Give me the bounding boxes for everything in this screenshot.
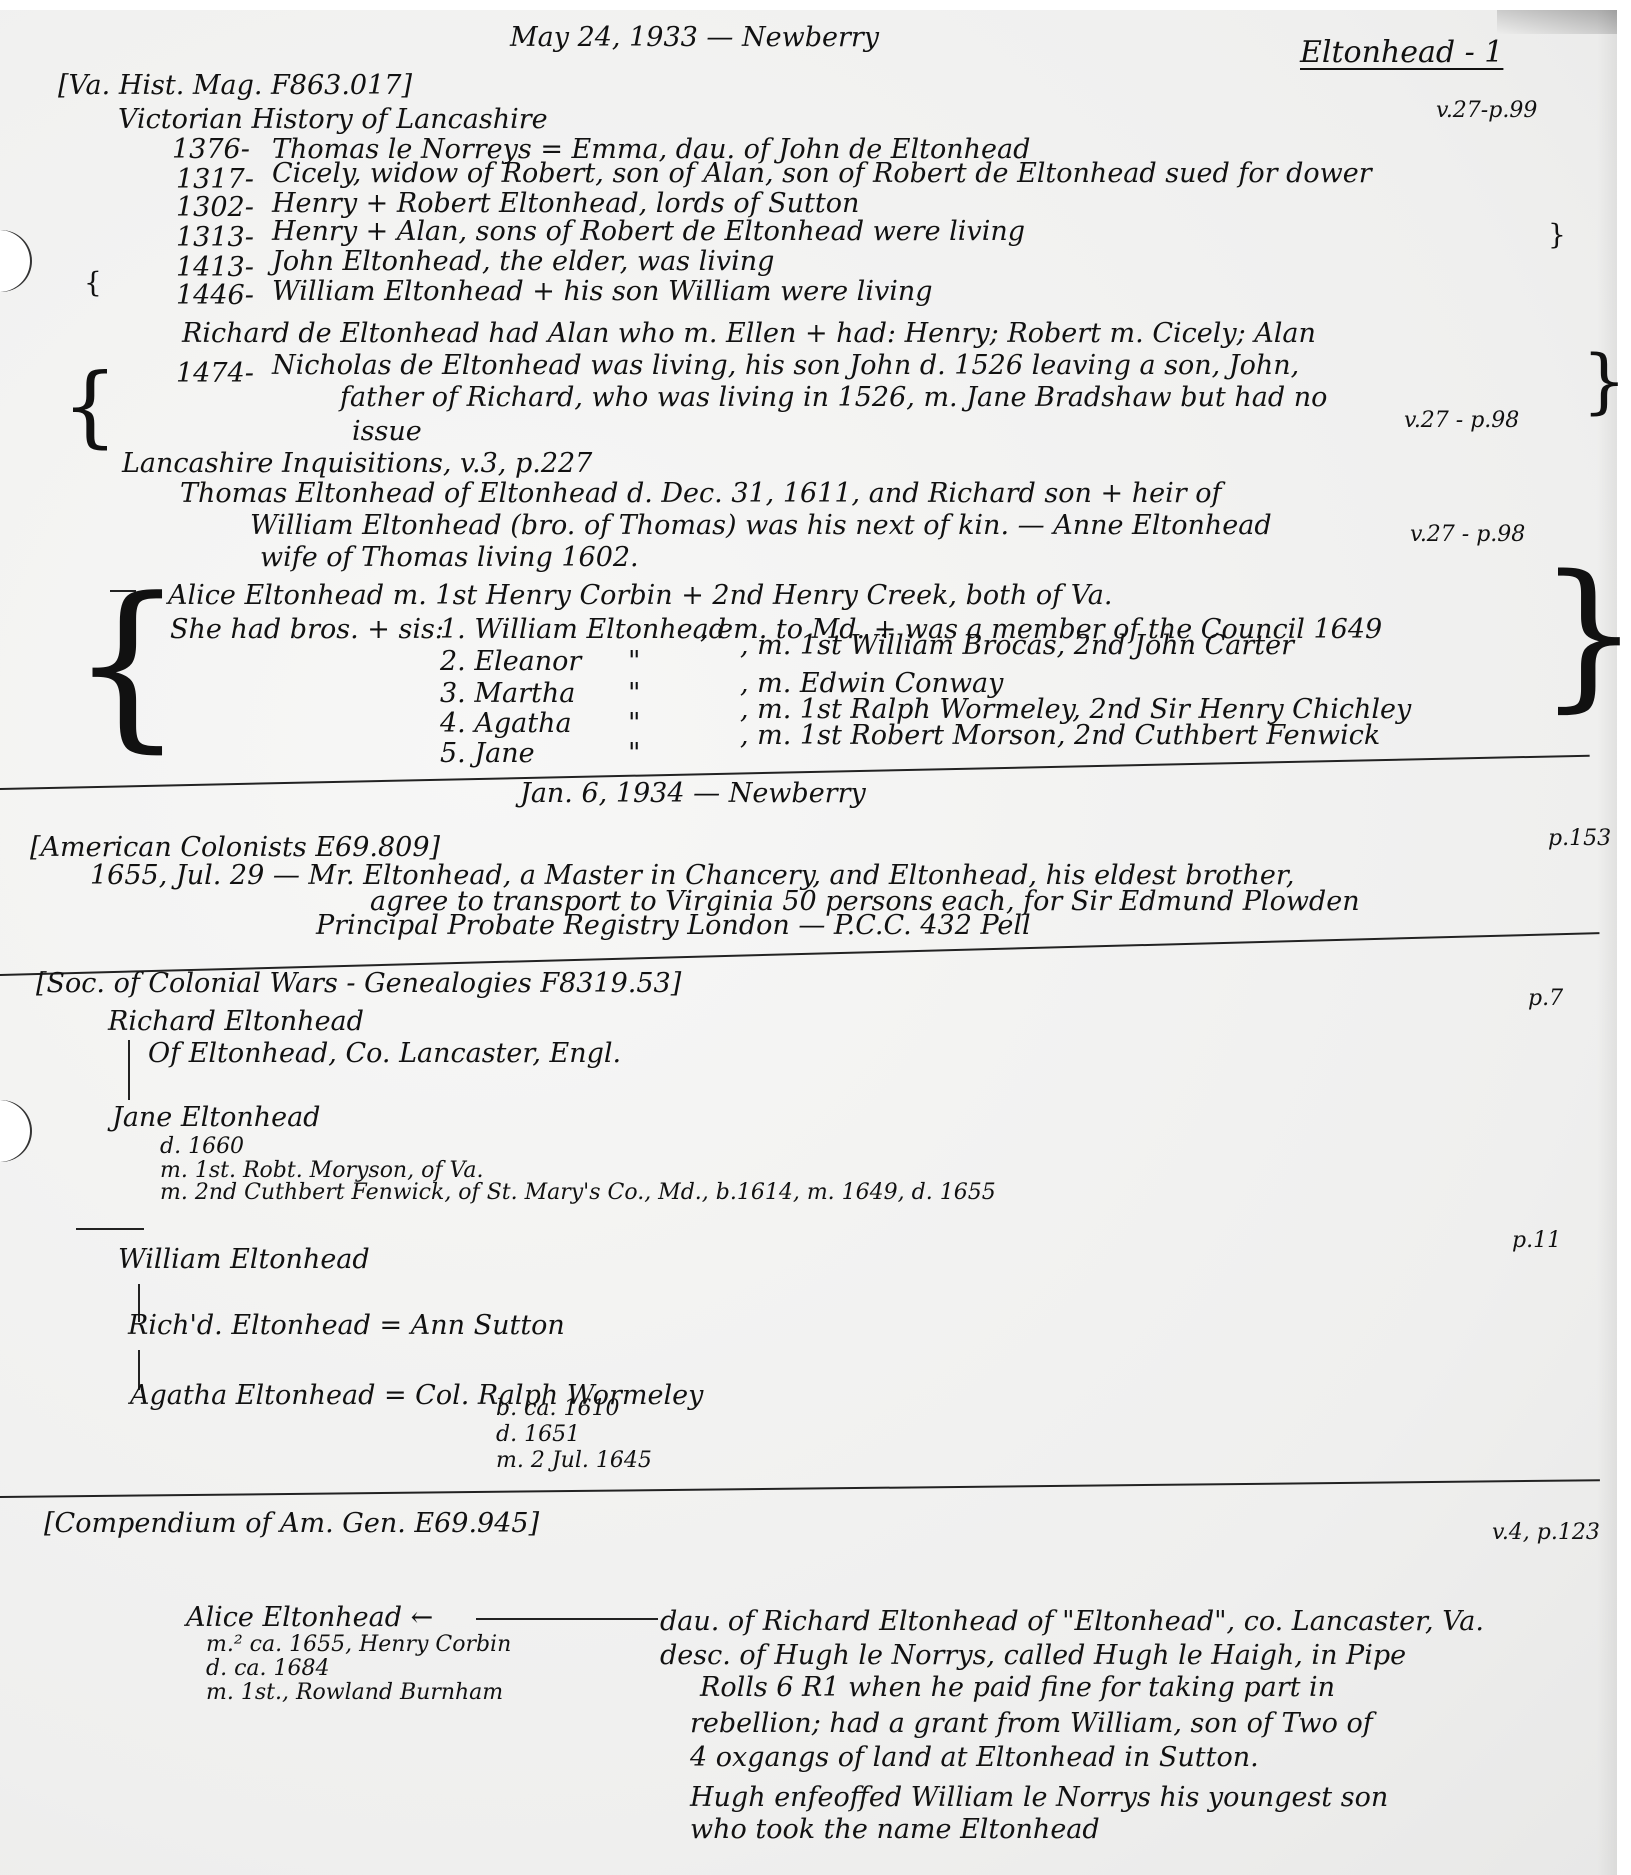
- description-line: Rolls 6 R1 when he paid fine for taking …: [700, 1674, 1335, 1701]
- entry-year: 1376-: [172, 136, 250, 163]
- brace-mark: }: [1582, 340, 1627, 422]
- nicholas-line-1: Nicholas de Eltonhead was living, his so…: [272, 352, 1299, 379]
- source-citation: [Soc. of Colonial Wars - Genealogies F83…: [36, 970, 681, 997]
- page-reference: p.11: [1512, 1230, 1561, 1252]
- nicholas-line-3: issue: [352, 418, 422, 445]
- entry-year: 1413-: [176, 254, 254, 281]
- description-line: Hugh enfeoffed William le Norrys his you…: [690, 1784, 1388, 1811]
- page-reference: p.7: [1528, 988, 1563, 1010]
- notebook-page: May 24, 1933 — Newberry Eltonhead - 1 [V…: [0, 10, 1617, 1875]
- brace-mark: {: [84, 266, 102, 299]
- richard-origin: Of Eltonhead, Co. Lancaster, Engl.: [148, 1040, 621, 1067]
- wormeley-detail: m. 2 Jul. 1645: [496, 1450, 652, 1472]
- page-title: Eltonhead - 1: [1300, 38, 1503, 68]
- source-citation: [American Colonists E69.809]: [30, 834, 440, 861]
- source-citation: [Va. Hist. Mag. F863.017]: [58, 72, 412, 99]
- punch-hole: [0, 230, 32, 292]
- richard-lineage: Richard de Eltonhead had Alan who m. Ell…: [182, 320, 1316, 347]
- dash-mark: [76, 1228, 144, 1230]
- alice-line-1: Alice Eltonhead m. 1st Henry Corbin + 2n…: [168, 582, 1112, 609]
- sibling-note: , m. 1st William Brocas, 2nd John Carter: [740, 632, 1294, 659]
- sibling-ditto: ": [628, 710, 640, 737]
- section-subtitle: Victorian History of Lancashire: [118, 106, 548, 133]
- sibling-name: 2. Eleanor: [440, 648, 581, 675]
- page-reference: p.153: [1548, 828, 1611, 850]
- description-line: 4 oxgangs of land at Eltonhead in Sutton…: [690, 1744, 1259, 1771]
- jane-detail: m. 2nd Cuthbert Fenwick, of St. Mary's C…: [160, 1182, 996, 1204]
- brace-mark: {: [62, 354, 118, 457]
- alice-detail: d. ca. 1684: [206, 1658, 329, 1680]
- alice-detail: m.² ca. 1655, Henry Corbin: [206, 1634, 511, 1656]
- nicholas-line-2: father of Richard, who was living in 152…: [340, 384, 1327, 411]
- entry-text: Henry + Alan, sons of Robert de Eltonhea…: [272, 218, 1025, 245]
- entry-year: 1313-: [176, 224, 254, 251]
- colonists-line-1: 1655, Jul. 29 — Mr. Eltonhead, a Master …: [90, 862, 1294, 889]
- richard-name: Richard Eltonhead: [108, 1008, 364, 1035]
- inquisitions-line-3: wife of Thomas living 1602.: [260, 544, 639, 571]
- jane-detail: m. 1st. Robt. Moryson, of Va.: [160, 1160, 483, 1182]
- page-reference: v.27-p.99: [1436, 100, 1537, 122]
- entry-year: 1302-: [176, 194, 254, 221]
- sibling-ditto: ": [628, 648, 640, 675]
- entry-text: Henry + Robert Eltonhead, lords of Sutto…: [272, 190, 859, 217]
- sibling-name: 4. Agatha: [440, 710, 572, 737]
- sibling-name: 5. Jane: [440, 740, 535, 767]
- sibling-note: , m. 1st Ralph Wormeley, 2nd Sir Henry C…: [740, 696, 1411, 723]
- richd-marriage: Rich'd. Eltonhead = Ann Sutton: [128, 1312, 565, 1339]
- siblings-label: She had bros. + sis:: [170, 616, 444, 643]
- colonists-line-3: Principal Probate Registry London — P.C.…: [316, 912, 1031, 939]
- sibling-ditto: ": [628, 740, 640, 767]
- jane-detail: d. 1660: [160, 1136, 244, 1158]
- sibling-name: 1. William Eltonhead: [440, 616, 726, 643]
- header-date: May 24, 1933 — Newberry: [510, 24, 879, 51]
- sibling-note: , m. Edwin Conway: [740, 670, 1003, 697]
- arrow-line: [476, 1618, 658, 1620]
- brace-mark: }: [1548, 218, 1566, 251]
- wormeley-detail: d. 1651: [496, 1424, 580, 1446]
- section-date: Jan. 6, 1934 — Newberry: [520, 780, 866, 807]
- alice-name: Alice Eltonhead ←: [186, 1604, 433, 1631]
- punch-hole: [0, 1100, 32, 1162]
- entry-text: William Eltonhead + his son William were…: [272, 278, 933, 305]
- jane-name: Jane Eltonhead: [112, 1104, 320, 1131]
- inquisitions-line-1: Thomas Eltonhead of Eltonhead d. Dec. 31…: [180, 480, 1221, 507]
- wormeley-detail: b. ca. 1610: [496, 1398, 619, 1420]
- description-line: rebellion; had a grant from William, son…: [690, 1710, 1373, 1737]
- entry-text: John Eltonhead, the elder, was living: [272, 248, 774, 275]
- lineage-line: [128, 1040, 130, 1100]
- page-reference: v.4, p.123: [1492, 1522, 1600, 1544]
- source-citation: [Compendium of Am. Gen. E69.945]: [44, 1510, 539, 1537]
- entry-year: 1446-: [176, 282, 254, 309]
- alice-detail: m. 1st., Rowland Burnham: [206, 1682, 503, 1704]
- inquisitions-title: Lancashire Inquisitions, v.3, p.227: [122, 450, 592, 477]
- description-line: who took the name Eltonhead: [690, 1816, 1100, 1843]
- brace-mark: }: [1538, 562, 1631, 706]
- sibling-ditto: ": [628, 680, 640, 707]
- entry-text: Cicely, widow of Robert, son of Alan, so…: [272, 160, 1372, 187]
- page-reference: v.27 - p.98: [1410, 524, 1525, 546]
- sibling-note: , m. 1st Robert Morson, 2nd Cuthbert Fen…: [740, 722, 1380, 749]
- description-line: desc. of Hugh le Norrys, called Hugh le …: [660, 1642, 1406, 1669]
- sibling-name: 3. Martha: [440, 680, 575, 707]
- entry-year: 1474-: [176, 360, 254, 387]
- description-line: dau. of Richard Eltonhead of "Eltonhead"…: [660, 1608, 1484, 1635]
- william-name: William Eltonhead: [118, 1246, 370, 1273]
- entry-year: 1317-: [176, 166, 254, 193]
- section-divider: [0, 1479, 1600, 1498]
- page-reference: v.27 - p.98: [1404, 410, 1519, 432]
- inquisitions-line-2: William Eltonhead (bro. of Thomas) was h…: [250, 512, 1272, 539]
- page-corner-shadow: [1497, 10, 1617, 34]
